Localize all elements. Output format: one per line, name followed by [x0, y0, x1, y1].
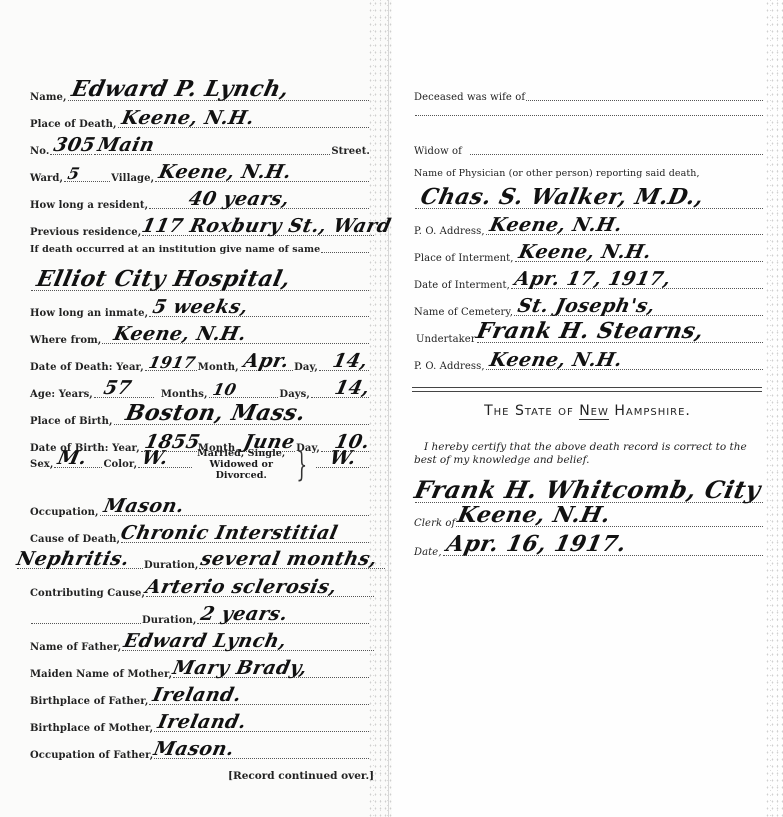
- undertaker-field: Undertaker Frank H. Stearns,: [416, 324, 764, 346]
- street-name-value: Main: [96, 134, 157, 156]
- date-of-interment-field: Date of Interment, Apr. 17, 1917,: [414, 270, 764, 292]
- occupation-field: Occupation, Mason.: [30, 497, 370, 519]
- sex-value: M.: [56, 447, 89, 469]
- undertaker-value: Frank H. Stearns,: [474, 318, 706, 344]
- place-of-birth-value: Boston, Mass.: [123, 400, 308, 426]
- place-of-death-value: Keene, N.H.: [119, 107, 256, 129]
- color-value: W.: [140, 447, 171, 469]
- age-days-value: 14,: [333, 377, 372, 399]
- cause-of-death-value: Chronic Interstitial: [119, 522, 340, 544]
- death-year-value: 1917: [147, 353, 198, 372]
- father-birthplace-field: Birthplace of Father, Ireland.: [30, 686, 370, 708]
- previous-residence-field: Previous residence, 117 Roxbury St., War…: [30, 217, 375, 239]
- physician-field: Chas. S. Walker, M.D.,: [414, 186, 764, 212]
- date-field: Date, Apr. 16, 1917.: [414, 537, 764, 559]
- village-value: Keene, N.H.: [157, 161, 294, 183]
- death-month-value: Apr.: [241, 350, 291, 372]
- marital-status-value: W.: [328, 447, 359, 469]
- father-occupation-value: Mason.: [152, 738, 237, 760]
- street-field: No. 305 Main Street.: [30, 136, 370, 158]
- name-value: Edward P. Lynch,: [69, 76, 291, 102]
- brace-icon: }: [297, 450, 308, 480]
- place-of-interment-value: Keene, N.H.: [516, 241, 653, 263]
- clerk-value: Keene, N.H.: [456, 502, 614, 528]
- mother-maiden-field: Maiden Name of Mother, Mary Brady,: [30, 659, 370, 681]
- mother-maiden-value: Mary Brady,: [171, 657, 310, 679]
- mother-birthplace-field: Birthplace of Mother, Ireland.: [30, 713, 370, 735]
- cemetery-field: Name of Cemetery, St. Joseph's,: [414, 297, 764, 319]
- wife-of-field: Deceased was wife of: [414, 88, 764, 104]
- page-divider: [388, 0, 389, 817]
- undertaker-address-field: P. O. Address, Keene, N.H.: [414, 351, 764, 373]
- physician-address-field: P. O. Address, Keene, N.H.: [414, 216, 764, 238]
- undertaker-address-value: Keene, N.H.: [487, 349, 624, 371]
- date-of-interment-value: Apr. 17, 1917,: [513, 268, 673, 290]
- mother-birthplace-value: Ireland.: [156, 711, 249, 733]
- institution-field: Elliot City Hospital,: [30, 268, 370, 294]
- signature-value: Frank H. Whitcomb, City: [412, 475, 764, 504]
- right-page: Deceased was wife of Widow of Name of Ph…: [392, 0, 783, 817]
- cause-duration-value: several months,: [199, 548, 380, 570]
- inmate-length-value: 5 weeks,: [151, 296, 251, 318]
- cause-duration-field: Nephritis. Duration, several months,: [16, 550, 386, 572]
- contributing-duration-value: 2 years.: [199, 603, 290, 625]
- record-continued-note: [Record continued over.]: [228, 770, 374, 782]
- death-day-value: 14,: [331, 350, 370, 372]
- divider-rule-top: [412, 387, 762, 388]
- physician-address-value: Keene, N.H.: [487, 214, 624, 236]
- certification-text: I hereby certify that the above death re…: [414, 441, 764, 467]
- contributing-duration-field: Duration, 2 years.: [30, 605, 370, 627]
- cause-of-death-value-2: Nephritis.: [15, 548, 132, 570]
- left-page: Name, Edward P. Lynch, Place of Death, K…: [0, 0, 392, 817]
- state-title: The State of New Hampshire.: [392, 403, 783, 419]
- contributing-cause-field: Contributing Cause, Arterio sclerosis,: [30, 578, 375, 600]
- physician-label-row: Name of Physician (or other person) repo…: [414, 168, 764, 180]
- place-of-death-field: Place of Death, Keene, N.H.: [30, 109, 370, 131]
- cemetery-value: St. Joseph's,: [516, 295, 658, 317]
- marital-status-label: Married, Single, Widowed or Divorced.: [197, 448, 285, 481]
- place-of-interment-field: Place of Interment, Keene, N.H.: [414, 243, 764, 265]
- widow-of-field: Widow of: [414, 142, 764, 158]
- father-birthplace-value: Ireland.: [151, 684, 244, 706]
- clerk-field: Clerk of Keene, N.H.: [414, 508, 764, 530]
- resident-length-value: 40 years,: [187, 188, 292, 210]
- age-years-value: 57: [102, 377, 134, 399]
- date-value: Apr. 16, 1917.: [444, 531, 629, 557]
- institution-value: Elliot City Hospital,: [34, 266, 293, 292]
- age-field: Age: Years, 57 Months, 10 Days, 14,: [30, 379, 370, 401]
- father-name-field: Name of Father, Edward Lynch,: [30, 632, 375, 654]
- wife-of-continuation: [414, 115, 764, 119]
- ward-village-field: Ward, 5 Village, Keene, N.H.: [30, 163, 370, 185]
- ward-value: 5: [66, 164, 82, 183]
- date-of-death-field: Date of Death: Year, 1917 Month, Apr. Da…: [30, 352, 370, 374]
- cause-of-death-field: Cause of Death, Chronic Interstitial: [30, 524, 370, 546]
- place-of-birth-field: Place of Birth, Boston, Mass.: [30, 406, 370, 428]
- contributing-cause-value: Arterio sclerosis,: [144, 576, 339, 598]
- physician-value: Chas. S. Walker, M.D.,: [418, 184, 706, 210]
- previous-residence-value: 117 Roxbury St., Ward 3,: [140, 215, 422, 237]
- sex-color-status-field: Sex, M. Color, W. Married, Single, Widow…: [30, 448, 370, 481]
- street-number-value: 305: [52, 134, 98, 156]
- name-field: Name, Edward P. Lynch,: [30, 82, 370, 104]
- institution-label-row: If death occurred at an institution give…: [30, 244, 370, 256]
- where-from-value: Keene, N.H.: [112, 323, 249, 345]
- resident-length-field: How long a resident, 40 years,: [30, 190, 370, 212]
- occupation-value: Mason.: [101, 495, 186, 517]
- father-occupation-field: Occupation of Father, Mason.: [30, 740, 370, 762]
- age-months-value: 10: [211, 380, 238, 399]
- inmate-length-field: How long an inmate, 5 weeks,: [30, 298, 370, 320]
- father-name-value: Edward Lynch,: [122, 630, 289, 652]
- divider-rule-bottom: [412, 391, 762, 392]
- where-from-field: Where from, Keene, N.H.: [30, 325, 370, 347]
